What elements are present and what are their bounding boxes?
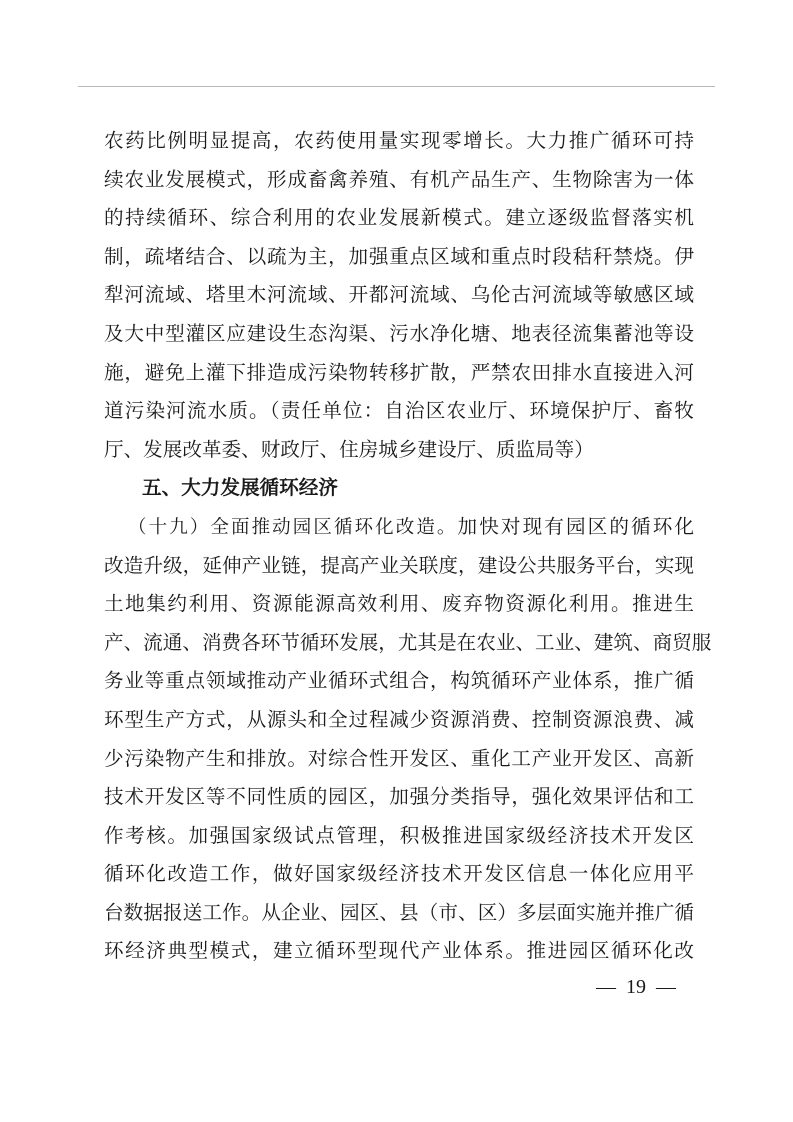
paragraph-line: 厅、发展改革委、财政厅、住房城乡建设厅、质监局等） xyxy=(104,431,694,470)
section-heading: 五、大力发展循环经济 xyxy=(104,469,694,508)
paragraph-line: 制，疏堵结合、以疏为主，加强重点区域和重点时段秸秆禁烧。伊 xyxy=(104,238,694,277)
paragraph-line: 台数据报送工作。从企业、园区、县（市、区）多层面实施并推广循 xyxy=(104,894,694,933)
page-number: — 19 — xyxy=(596,976,676,999)
paragraph-line: 犁河流域、塔里木河流域、开都河流域、乌伦古河流域等敏感区域 xyxy=(104,276,694,315)
paragraph-line: 续农业发展模式，形成畜禽养殖、有机产品生产、生物除害为一体 xyxy=(104,161,694,200)
paragraph-line: 务业等重点领域推动产业循环式组合，构筑循环产业体系，推广循 xyxy=(104,662,694,701)
paragraph-line-rest: 加快对现有园区的循环化 xyxy=(458,515,694,538)
paragraph-line: 环经济典型模式，建立循环型现代产业体系。推进园区循环化改 xyxy=(104,932,694,971)
subsection-title: （十九）全面推动园区循环化改造。 xyxy=(128,517,458,538)
body-text: 农药比例明显提高，农药使用量实现零增长。大力推广循环可持 续农业发展模式，形成畜… xyxy=(104,122,694,971)
paragraph-line: 道污染河流水质。（责任单位：自治区农业厅、环境保护厅、畜牧 xyxy=(104,392,694,431)
header-rule xyxy=(78,86,715,87)
paragraph-line: 产、流通、消费各环节循环发展，尤其是在农业、工业、建筑、商贸服 xyxy=(104,624,694,663)
paragraph-line: 循环化改造工作，做好国家级经济技术开发区信息一体化应用平 xyxy=(104,855,694,894)
paragraph-line: 的持续循环、综合利用的农业发展新模式。建立逐级监督落实机 xyxy=(104,199,694,238)
paragraph-line: 改造升级，延伸产业链，提高产业关联度，建设公共服务平台，实现 xyxy=(104,547,694,586)
paragraph-line: 技术开发区等不同性质的园区，加强分类指导，强化效果评估和工 xyxy=(104,778,694,817)
paragraph-line: 作考核。加强国家级试点管理，积极推进国家级经济技术开发区 xyxy=(104,817,694,856)
paragraph-line: 少污染物产生和排放。对综合性开发区、重化工产业开发区、高新 xyxy=(104,740,694,779)
paragraph-line: 土地集约利用、资源能源高效利用、废弃物资源化利用。推进生 xyxy=(104,585,694,624)
paragraph-line: 施，避免上灌下排造成污染物转移扩散，严禁农田排水直接进入河 xyxy=(104,354,694,393)
paragraph-line: 及大中型灌区应建设生态沟渠、污水净化塘、地表径流集蓄池等设 xyxy=(104,315,694,354)
paragraph-first-line: （十九）全面推动园区循环化改造。加快对现有园区的循环化 xyxy=(104,508,694,547)
paragraph-line: 环型生产方式，从源头和全过程减少资源消费、控制资源浪费、减 xyxy=(104,701,694,740)
paragraph-line: 农药比例明显提高，农药使用量实现零增长。大力推广循环可持 xyxy=(104,122,694,161)
